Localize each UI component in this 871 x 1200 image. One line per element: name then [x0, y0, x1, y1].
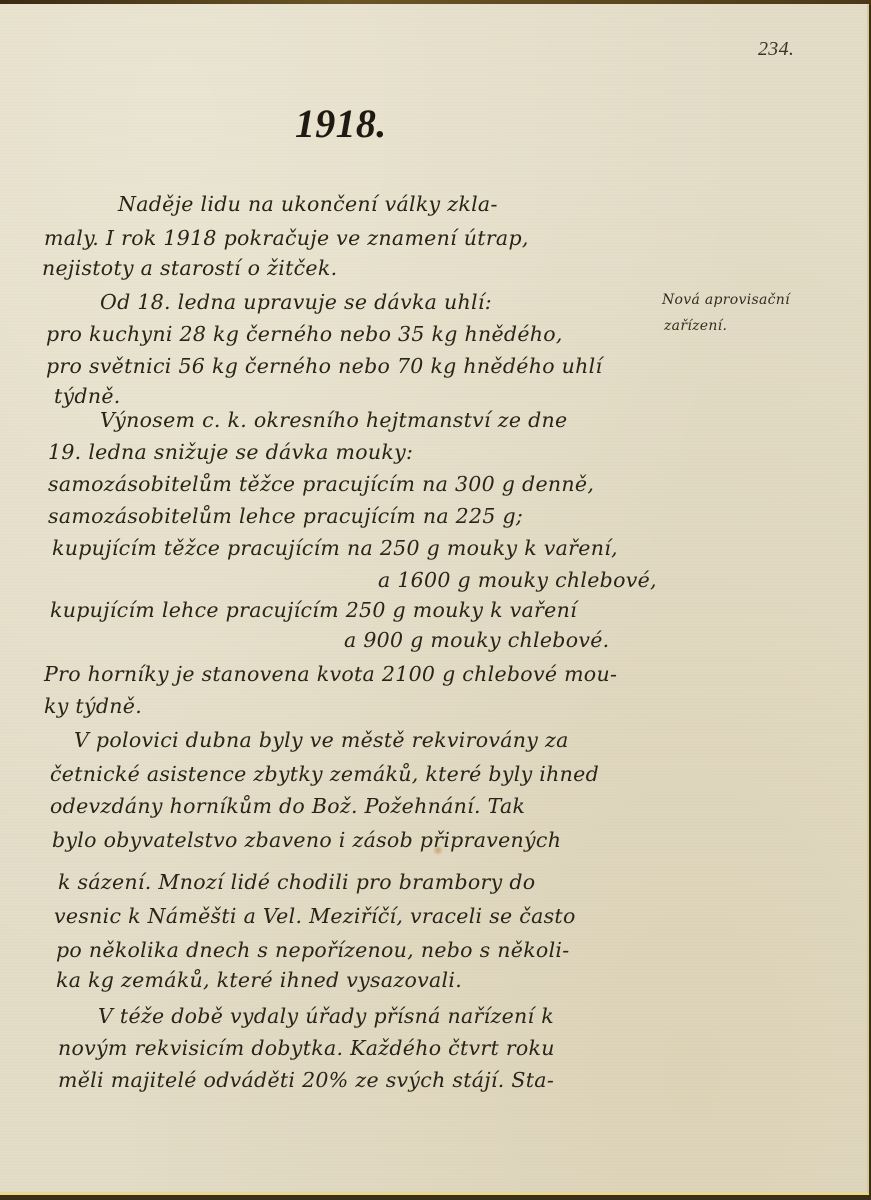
text-line: kupujícím těžce pracujícím na 250 g mouk…	[52, 536, 618, 560]
text-line: týdně.	[54, 384, 121, 408]
text-line: četnické asistence zbytky zemáků, které …	[50, 762, 599, 786]
text-line: bylo obyvatelstvo zbaveno i zásob připra…	[52, 828, 561, 852]
text-line: ka kg zemáků, které ihned vysazovali.	[56, 968, 462, 992]
text-line: samozásobitelům lehce pracujícím na 225 …	[48, 504, 523, 528]
text-line: a 900 g mouky chlebové.	[344, 628, 610, 652]
text-line: odevzdány horníkům do Bož. Požehnání. Ta…	[50, 794, 525, 818]
text-line: vesnic k Náměšti a Vel. Meziříčí, vracel…	[54, 904, 576, 928]
text-line: po několika dnech s nepořízenou, nebo s …	[56, 938, 570, 962]
text-line: pro kuchyni 28 kg černého nebo 35 kg hně…	[46, 322, 563, 346]
text-line: k sázení. Mnozí lidé chodili pro brambor…	[58, 870, 535, 894]
text-line: V téže době vydaly úřady přísná nařízení…	[98, 1004, 554, 1028]
text-line: Výnosem c. k. okresního hejtmanství ze d…	[100, 408, 567, 432]
text-line: a 1600 g mouky chlebové,	[378, 568, 657, 592]
text-line: maly. I rok 1918 pokračuje ve znamení út…	[44, 226, 529, 250]
margin-note-line-2: zařízení.	[664, 318, 727, 334]
text-line: měli majitelé odváděti 20% ze svých stáj…	[58, 1068, 554, 1092]
text-line: V polovici dubna byly ve městě rekvirová…	[74, 728, 569, 752]
text-line: novým rekvisicím dobytka. Každého čtvrt …	[58, 1036, 555, 1060]
page-number: 234.	[758, 38, 794, 61]
text-line: nejistoty a starostí o žitček.	[42, 256, 337, 280]
text-line: Od 18. ledna upravuje se dávka uhlí:	[100, 290, 492, 314]
year-heading: 1918.	[295, 100, 387, 147]
text-line: 19. ledna snižuje se dávka mouky:	[48, 440, 413, 464]
margin-note-line-1: Nová aprovisační	[662, 292, 790, 308]
text-line: samozásobitelům těžce pracujícím na 300 …	[48, 472, 594, 496]
text-line: ky týdně.	[44, 694, 142, 718]
text-line: kupujícím lehce pracujícím 250 g mouky k…	[50, 598, 577, 622]
text-line: pro světnici 56 kg černého nebo 70 kg hn…	[46, 354, 602, 378]
text-line: Naděje lidu na ukončení války zkla-	[118, 192, 498, 216]
text-line: Pro horníky je stanovena kvota 2100 g ch…	[44, 662, 617, 686]
